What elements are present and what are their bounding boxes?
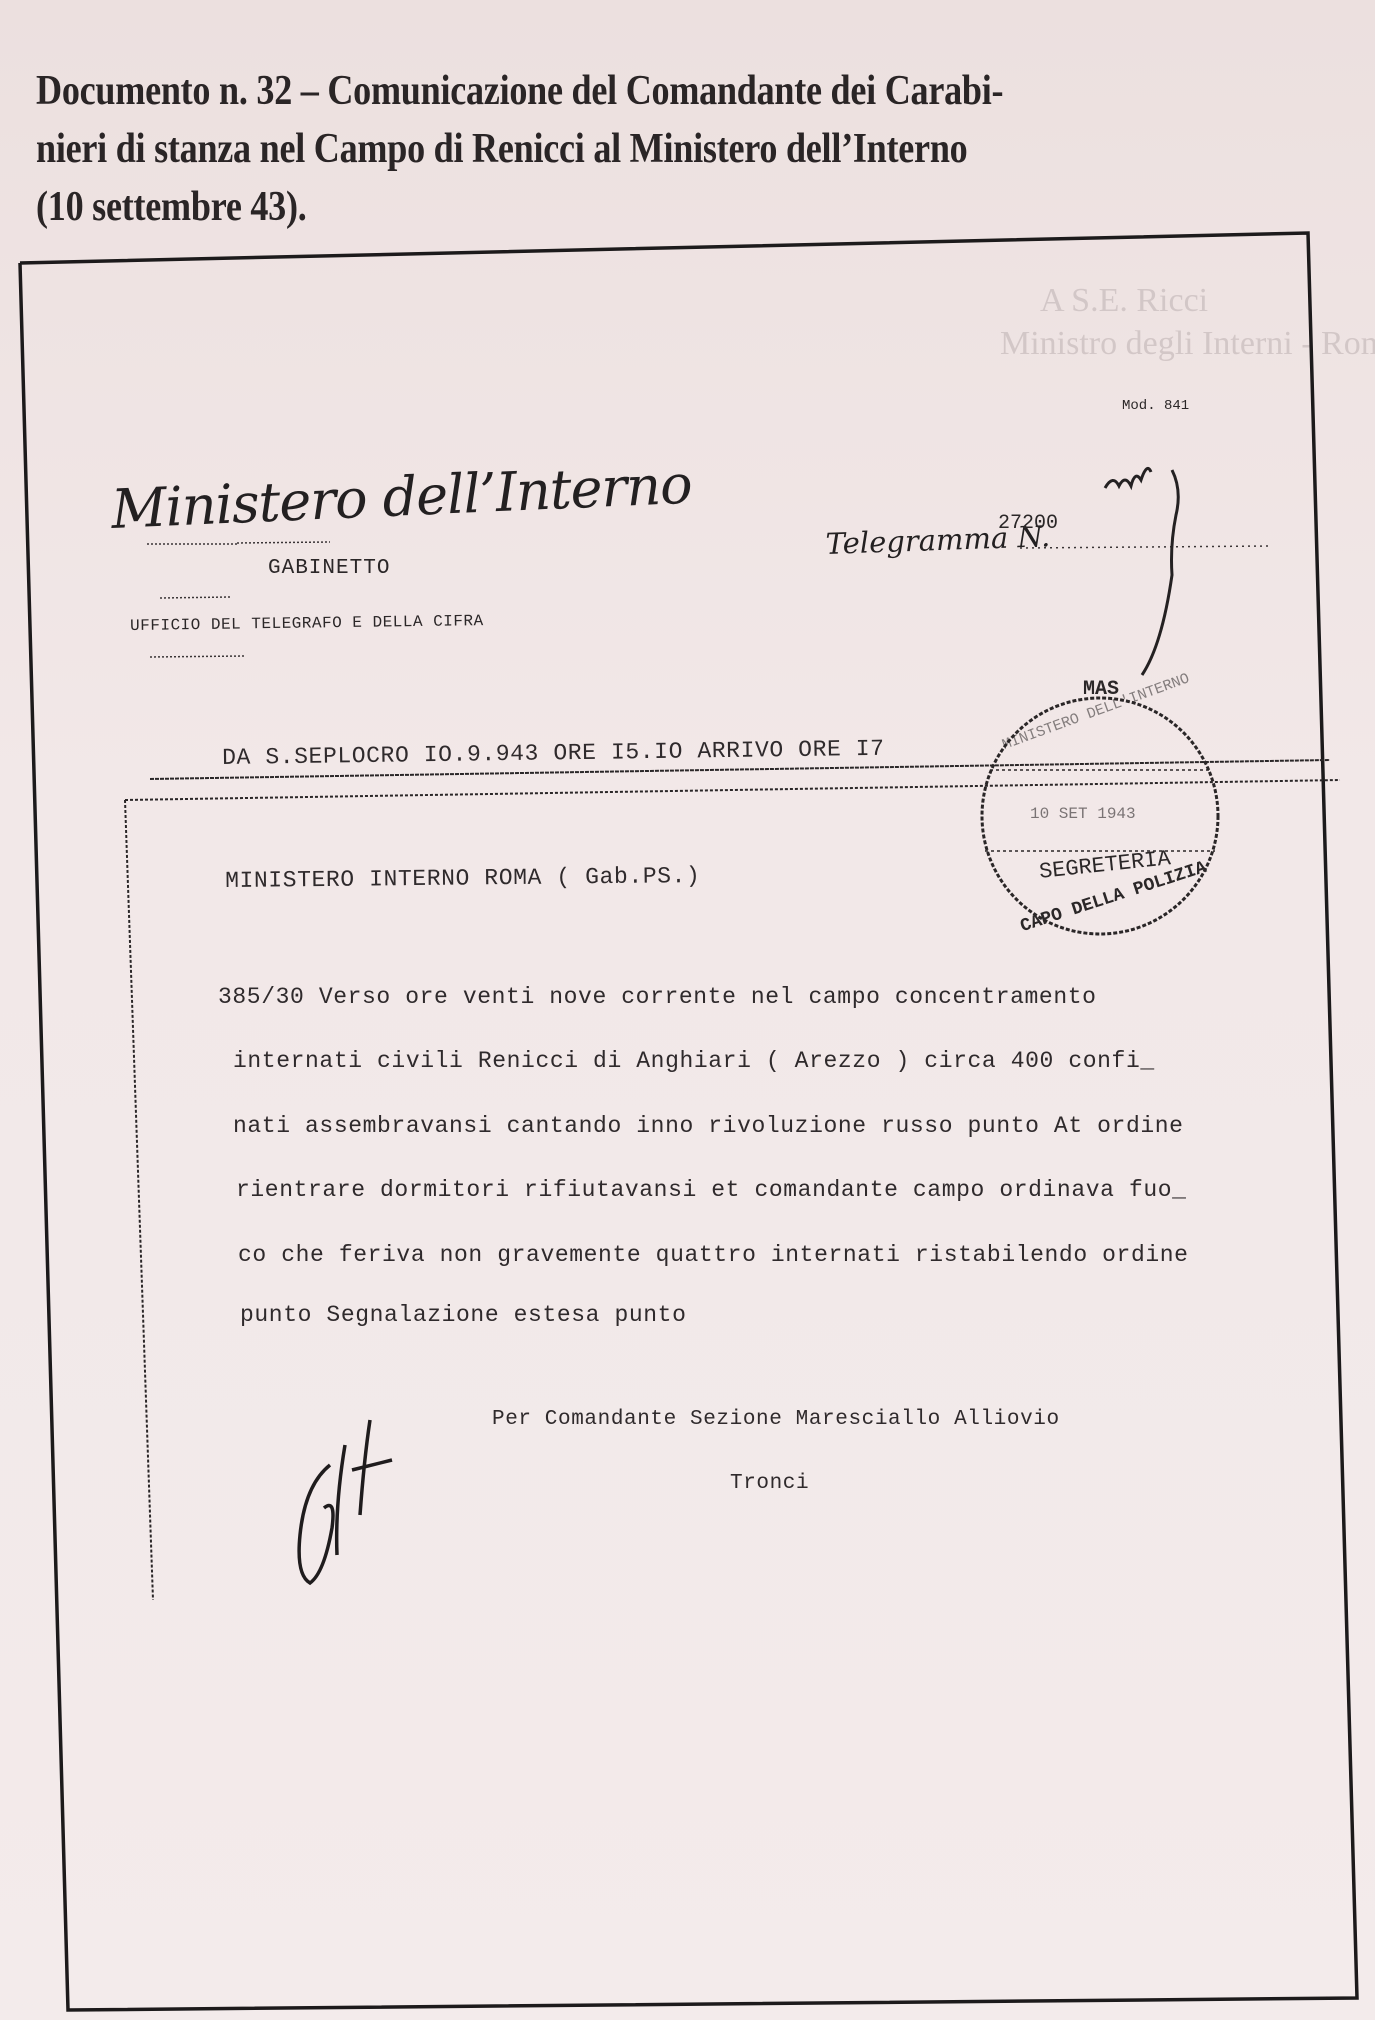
message-line: co che feriva non gravemente quattro int… bbox=[238, 1242, 1189, 1268]
signature-line: Per Comandante Sezione Maresciallo Allio… bbox=[492, 1408, 1060, 1431]
message-line: internati civili Renicci di Anghiari ( A… bbox=[233, 1048, 1155, 1074]
message-line: rientrare dormitori rifiutavansi et coma… bbox=[236, 1177, 1187, 1203]
document-frame bbox=[0, 0, 1375, 2020]
form-code: Mod. 841 bbox=[1122, 398, 1189, 414]
stamp-date: 10 SET 1943 bbox=[1030, 805, 1136, 823]
message-line: 385/30 Verso ore venti nove corrente nel… bbox=[218, 984, 1097, 1010]
telegram-number: 27200 bbox=[998, 512, 1058, 535]
message-line: nati assembravansi cantando inno rivoluz… bbox=[233, 1113, 1184, 1139]
signer-name: Tronci bbox=[730, 1472, 809, 1495]
message-line: punto Segnalazione estesa punto bbox=[240, 1302, 686, 1328]
department-label: GABINETTO bbox=[268, 557, 390, 580]
addressee: MINISTERO INTERNO ROMA ( Gab.PS.) bbox=[225, 863, 701, 894]
